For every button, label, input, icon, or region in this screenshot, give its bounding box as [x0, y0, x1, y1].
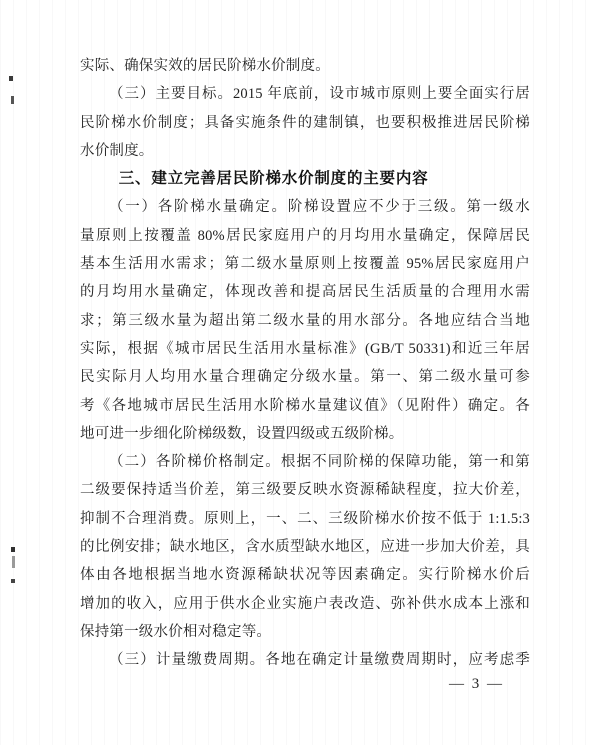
text-line: 求；第三级水量为超出第二级水量的用水部分。各地应结合当地: [80, 307, 530, 335]
text-line: 考《各地城市居民生活用水阶梯水量建议值》（见附件）确定。各: [80, 392, 530, 420]
text-line: 的比例安排；缺水地区，含水质型缺水地区，应进一步加大价差，具: [80, 533, 530, 561]
document-body: 实际、确保实效的居民阶梯水价制度。 （三）主要目标。2015 年底前，设市城市原…: [80, 52, 530, 675]
text-line: 民阶梯水价制度；具备实施条件的建制镇，也要积极推进居民阶梯: [80, 109, 530, 137]
text-line: （三）主要目标。2015 年底前，设市城市原则上要全面实行居: [80, 80, 530, 108]
text-line: 量原则上按覆盖 80%居民家庭用户的月均用水量确定，保障居民: [80, 222, 530, 250]
text-line: 保持第一级水价相对稳定等。: [80, 618, 530, 646]
section-heading: 三、建立完善居民阶梯水价制度的主要内容: [80, 165, 530, 193]
scan-speck: [9, 76, 13, 81]
text-line: 地可进一步细化阶梯级数，设置四级或五级阶梯。: [80, 420, 530, 448]
text-line: （三）计量缴费周期。各地在确定计量缴费周期时，应考虑季: [80, 646, 530, 674]
text-line: 抑制不合理消费。原则上，一、二、三级阶梯水价按不低于 1:1.5:3: [80, 505, 530, 533]
scan-speck: [11, 579, 15, 583]
scan-speck: [11, 547, 15, 552]
text-line: 实际，根据《城市居民生活用水量标准》(GB/T 50331)和近三年居: [80, 335, 530, 363]
text-line: 实际、确保实效的居民阶梯水价制度。: [80, 52, 530, 80]
document-page: 实际、确保实效的居民阶梯水价制度。 （三）主要目标。2015 年底前，设市城市原…: [0, 0, 592, 745]
scan-speck: [11, 96, 14, 104]
text-line: 的月均用水量确定，体现改善和提高居民生活质量的合理用水需: [80, 278, 530, 306]
text-line: 二级要保持适当价差，第三级要反映水资源稀缺程度，拉大价差，: [80, 476, 530, 504]
text-line: 增加的收入，应用于供水企业实施户表改造、弥补供水成本上涨和: [80, 590, 530, 618]
text-line: 水价制度。: [80, 137, 530, 165]
page-number: — 3 —: [449, 676, 504, 693]
text-line: 基本生活用水需求；第二级水量原则上按覆盖 95%居民家庭用户: [80, 250, 530, 278]
text-line: （一）各阶梯水量确定。阶梯设置应不少于三级。第一级水: [80, 193, 530, 221]
scan-speck: [12, 556, 15, 568]
text-line: 民实际月人均用水量合理确定分级水量。第一、第二级水量可参: [80, 363, 530, 391]
text-line: （二）各阶梯价格制定。根据不同阶梯的保障功能，第一和第: [80, 448, 530, 476]
text-line: 体由各地根据当地水资源稀缺状况等因素确定。实行阶梯水价后: [80, 561, 530, 589]
